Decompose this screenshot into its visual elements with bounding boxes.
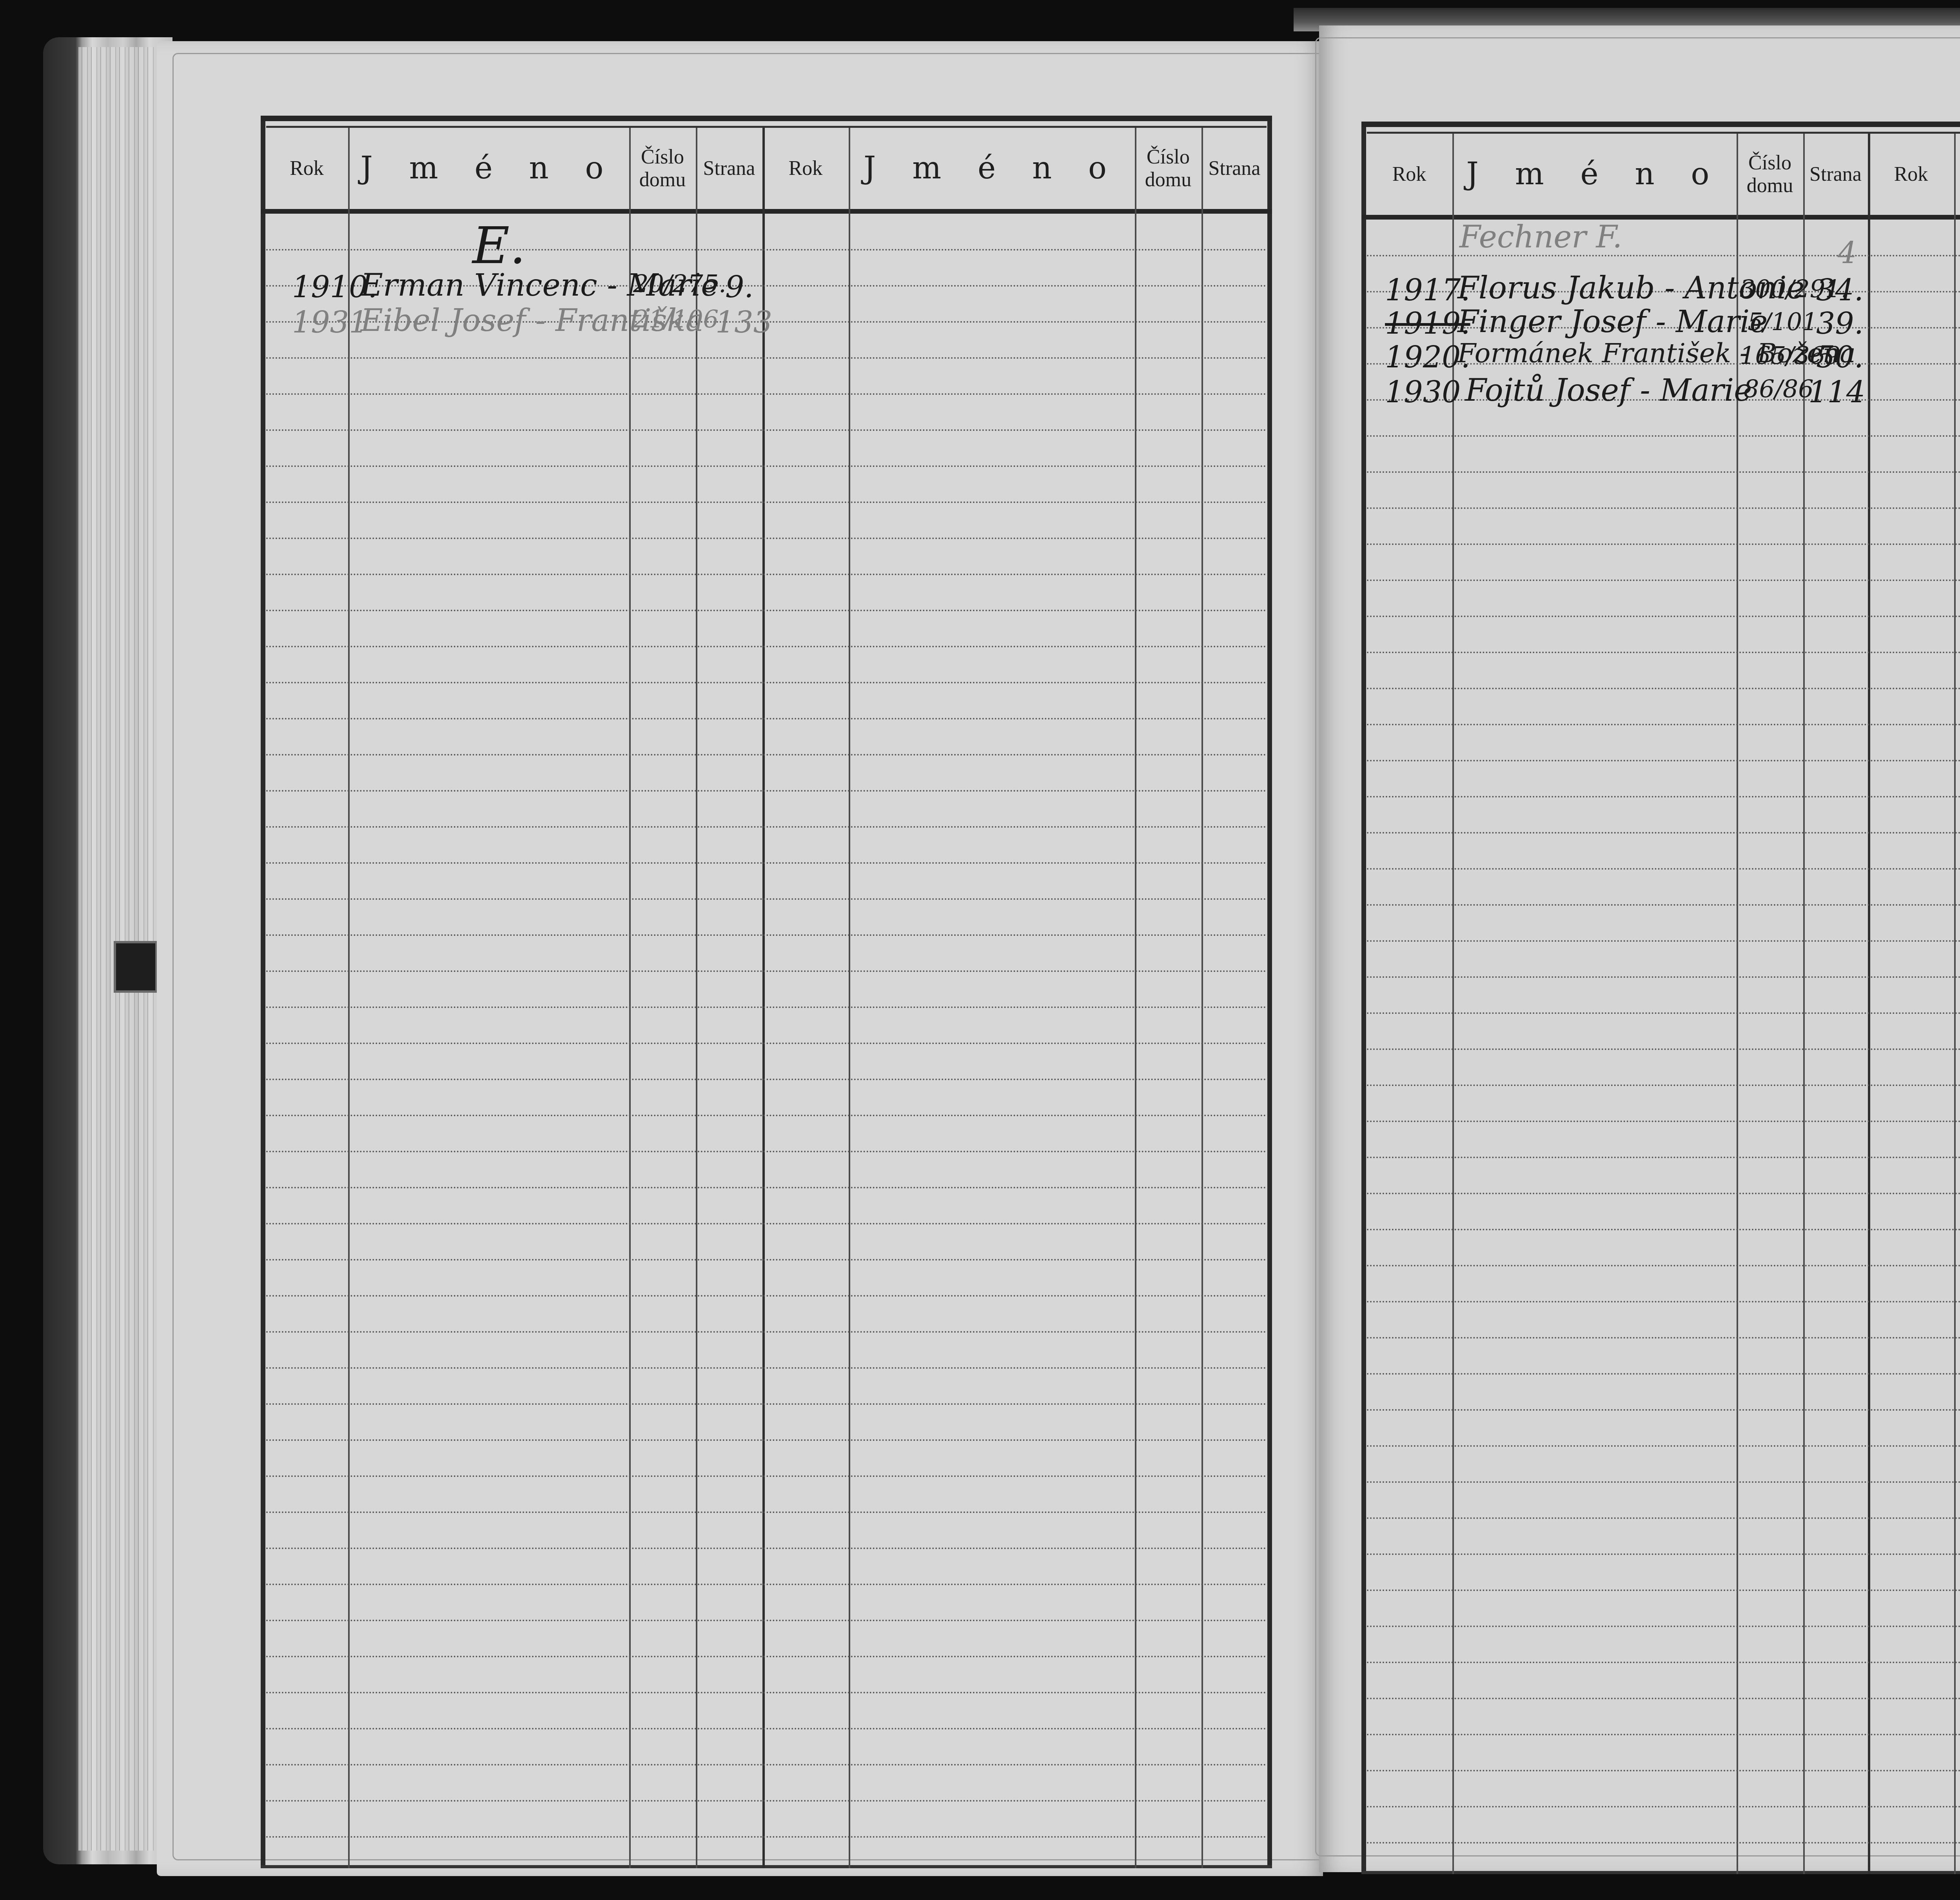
row-rule [266,1620,1267,1621]
entry-strana: 50. [1816,340,1864,374]
row-rule [1367,1084,1960,1086]
row-rule [1367,1842,1960,1844]
row-rule [266,1764,1267,1766]
row-rule [1367,1734,1960,1735]
row-rule [1367,1445,1960,1447]
header-strana: Strana [696,128,762,209]
header-cislo-line2: domu [1747,174,1793,197]
row-rule [266,1475,1267,1477]
row-rule [266,1656,1267,1657]
table-top-rule [261,116,1272,121]
row-rule [266,826,1267,828]
header-cislo-domu-2: Číslo domu [1135,128,1201,209]
row-rule [1367,904,1960,906]
entry-rok: 1931 [292,305,368,340]
row-rule [1367,1589,1960,1591]
row-rule [1367,435,1960,437]
entry-cislo-domu: 5/101 [1748,307,1818,336]
row-rule [266,1439,1267,1441]
row-rule [1367,1517,1960,1519]
entry-strana: 34. [1816,272,1864,307]
row-rule [1367,1012,1960,1014]
section-header: Fechner F. [1459,220,1622,255]
row-rule [266,357,1267,359]
entry-jmeno: Finger Josef - Marie [1457,304,1768,340]
row-rule [1367,471,1960,473]
row-rule [1367,1157,1960,1158]
row-rule [266,1079,1267,1080]
row-rule [266,1800,1267,1802]
header-rok-2: Rok [1868,134,1954,215]
row-rule [1367,1409,1960,1411]
row-rule [266,1151,1267,1152]
row-rule [266,718,1267,719]
row-rule [266,1692,1267,1693]
row-rule [266,1187,1267,1188]
row-rule [266,538,1267,539]
row-rule [1367,1121,1960,1122]
row-rule [266,1367,1267,1369]
column-divider-center [762,128,765,1868]
header-cislo-line2: domu [1145,169,1191,191]
left-register-table: Rok J m é n o Číslo domu Strana Rok J m … [261,116,1272,1868]
row-rule [266,1511,1267,1513]
row-rule [1367,940,1960,942]
section-header-strana: 4 [1838,235,1857,270]
row-rule [1367,1193,1960,1194]
row-rule [266,1295,1267,1297]
row-rule [1367,1229,1960,1230]
header-jmeno-2: J m é n o [849,128,1135,209]
row-rule [1367,507,1960,509]
row-rule [1367,616,1960,617]
row-rule [266,1403,1267,1405]
column-divider [696,128,697,1868]
row-rule [1367,724,1960,725]
column-divider [1201,128,1203,1868]
right-register-table: Rok J m é n o Číslo domu Strana Rok J m … [1361,122,1960,1874]
entry-strana: 39. [1816,306,1864,341]
header-cislo-line2: domu [639,169,686,191]
row-rule [266,898,1267,900]
row-rule [266,934,1267,936]
row-rule [1367,796,1960,797]
column-divider [1135,128,1136,1868]
section-letter: E. [472,216,526,275]
row-rule [1367,1048,1960,1050]
header-jmeno: J m é n o [348,128,629,209]
row-rule [266,862,1267,864]
entry-strana: 133 [715,305,772,340]
column-divider-center [1868,134,1870,1874]
row-rule [1367,1770,1960,1771]
table-frame [261,116,1272,1868]
header-rok-2: Rok [762,128,849,209]
row-rule [1367,976,1960,978]
entry-cislo-domu: 20/275. [633,269,726,298]
header-cislo-line1: Číslo [1147,146,1190,168]
row-rule [266,1728,1267,1729]
row-rule [1367,255,1960,256]
row-rule [1367,760,1960,761]
entry-strana: 9. [725,269,754,304]
entry-rok: 1930 [1385,374,1461,409]
row-rule [1367,832,1960,834]
row-rule [266,970,1267,972]
row-rule [1367,868,1960,870]
entry-jmeno: Fojtů Josef - Marie [1465,373,1752,408]
row-rule [1367,1806,1960,1807]
row-rule [1367,1373,1960,1375]
row-rule [266,429,1267,431]
row-rule [1367,1337,1960,1339]
row-rule [266,501,1267,503]
row-rule [1367,688,1960,689]
row-rule [266,754,1267,756]
row-rule [1367,1698,1960,1699]
row-rule [266,1331,1267,1333]
table-top-rule [1361,122,1960,127]
header-rok: Rok [1366,134,1452,215]
header-cislo-domu: Číslo domu [629,128,696,209]
header-strana: Strana [1803,134,1868,215]
row-rule [1367,579,1960,581]
row-rule [266,393,1267,395]
row-rule [266,1836,1267,1838]
header-bottom-rule [261,209,1272,214]
row-rule [1367,1662,1960,1663]
row-rule [266,1584,1267,1585]
row-rule [266,1006,1267,1008]
row-rule [1367,652,1960,653]
row-rule [266,465,1267,467]
column-divider [629,128,631,1868]
index-tab [114,941,158,993]
row-rule [266,1043,1267,1044]
row-rule [266,1115,1267,1116]
header-strana-2: Strana [1201,128,1267,209]
entry-cislo-domu: 86/86 [1744,374,1814,403]
header-cislo-line1: Číslo [1748,152,1791,174]
column-divider [348,128,350,1868]
column-divider [849,128,850,1868]
row-rule [266,1259,1267,1261]
row-rule [1367,1481,1960,1483]
row-rule [1367,1301,1960,1302]
header-rok: Rok [265,128,348,209]
column-divider [1954,134,1956,1874]
header-cislo-domu: Číslo domu [1737,134,1803,215]
row-rule [1367,543,1960,545]
entry-strana: 114 [1808,374,1865,409]
row-rule [1367,1265,1960,1266]
row-rule [266,1223,1267,1224]
row-rule [266,682,1267,683]
header-jmeno: J m é n o [1452,134,1737,215]
row-rule [266,249,1267,251]
row-rule [266,1548,1267,1549]
row-rule [1367,1626,1960,1627]
row-rule [266,574,1267,575]
entry-cislo-domu: 21/106 [633,305,719,333]
row-rule [1367,1553,1960,1555]
row-rule [266,646,1267,647]
table-bottom-rule [261,1865,1272,1868]
header-cislo-line1: Číslo [641,146,684,168]
row-rule [266,790,1267,792]
row-rule [266,610,1267,611]
